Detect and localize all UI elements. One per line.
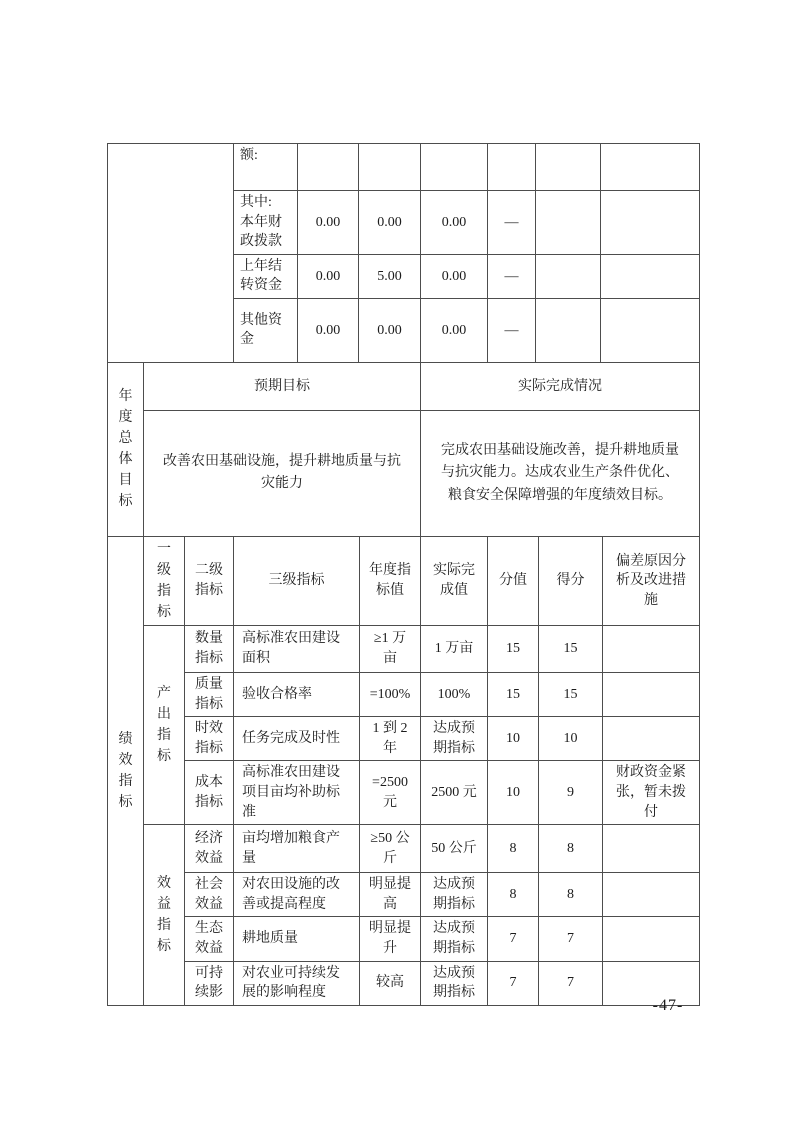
col-header-score: 得分 — [539, 536, 603, 625]
score-cell: 7 — [539, 961, 603, 1005]
table-row: 社会效益 对农田设施的改善或提高程度 明显提高 达成预期指标 8 8 — [108, 873, 700, 917]
target-cell: 较高 — [360, 961, 421, 1005]
col-header-level2: 二级指标 — [185, 536, 234, 625]
target-cell: =2500元 — [360, 761, 421, 825]
score-max-cell: 15 — [488, 672, 539, 716]
level2-cell: 社会效益 — [185, 873, 234, 917]
level2-cell: 成本指标 — [185, 761, 234, 825]
funding-value: 0.00 — [298, 191, 359, 255]
funding-value: 5.00 — [359, 254, 421, 298]
deviation-cell — [603, 917, 700, 961]
score-max-cell: 8 — [488, 873, 539, 917]
actual-cell: 达成预期指标 — [421, 717, 488, 761]
target-cell: 明显提升 — [360, 917, 421, 961]
funding-row-label: 其他资金 — [234, 298, 298, 362]
table-row: 时效指标 任务完成及时性 1 到 2 年 达成预期指标 10 10 — [108, 717, 700, 761]
score-max-cell: 7 — [488, 917, 539, 961]
empty-cell — [601, 144, 700, 191]
table-row: 产出指标 数量指标 高标准农田建设面积 ≥1 万亩 1 万亩 15 15 — [108, 625, 700, 672]
funding-dash: — — [488, 298, 536, 362]
actual-cell: 100% — [421, 672, 488, 716]
target-cell: ≥1 万亩 — [360, 625, 421, 672]
indicators-row-header: 绩效指标 — [108, 536, 144, 1005]
expected-goal-text: 改善农田基础设施，提升耕地质量与抗灾能力 — [162, 451, 402, 496]
actual-cell: 2500 元 — [421, 761, 488, 825]
score-cell: 15 — [539, 625, 603, 672]
funding-table: 额: 其中: 本年财政拨款 0.00 0.00 0.00 — 上年结转资金 0.… — [107, 143, 700, 363]
score-max-cell: 15 — [488, 625, 539, 672]
col-header-score-max: 分值 — [488, 536, 539, 625]
funding-spill-label: 额: — [234, 144, 298, 191]
level2-cell: 生态效益 — [185, 917, 234, 961]
level1-group-output: 产出指标 — [144, 625, 185, 824]
page-number: -47- — [632, 997, 704, 1015]
empty-cell — [359, 144, 421, 191]
funding-value: 0.00 — [298, 254, 359, 298]
deviation-cell — [603, 873, 700, 917]
actual-goal-cell: 完成农田基础设施改善，提升耕地质量与抗灾能力。达成农业生产条件优化、粮食安全保障… — [421, 410, 700, 536]
funding-row-label: 上年结转资金 — [234, 254, 298, 298]
expected-goal-header: 预期目标 — [144, 362, 421, 410]
deviation-cell: 财政资金紧张，暂未拨付 — [603, 761, 700, 825]
table-row: 质量指标 验收合格率 =100% 100% 15 15 — [108, 672, 700, 716]
target-cell: ≥50 公斤 — [360, 825, 421, 873]
table-row: 改善农田基础设施，提升耕地质量与抗灾能力 完成农田基础设施改善，提升耕地质量与抗… — [108, 410, 700, 536]
table-row: 效益指标 经济效益 亩均增加粮食产量 ≥50 公斤 50 公斤 8 8 — [108, 825, 700, 873]
empty-cell — [601, 191, 700, 255]
expected-goal-cell: 改善农田基础设施，提升耕地质量与抗灾能力 — [144, 410, 421, 536]
level2-cell: 时效指标 — [185, 717, 234, 761]
target-cell: 明显提高 — [360, 873, 421, 917]
annual-goal-table: 年度总体目标 预期目标 实际完成情况 改善农田基础设施，提升耕地质量与抗灾能力 … — [107, 362, 700, 537]
deviation-cell — [603, 625, 700, 672]
table-row: 可持续影 对农业可持续发展的影响程度 较高 达成预期指标 7 7 — [108, 961, 700, 1005]
empty-cell — [601, 298, 700, 362]
actual-cell: 达成预期指标 — [421, 961, 488, 1005]
level3-cell: 高标准农田建设面积 — [234, 625, 360, 672]
level3-cell: 耕地质量 — [234, 917, 360, 961]
annual-goal-row-header-text: 年度总体目标 — [119, 386, 133, 512]
score-cell: 8 — [539, 825, 603, 873]
indicators-row-header-text: 绩效指标 — [119, 729, 133, 813]
col-header-level3: 三级指标 — [234, 536, 360, 625]
col-header-deviation: 偏差原因分析及改进措施 — [603, 536, 700, 625]
empty-cell — [298, 144, 359, 191]
table-row: 生态效益 耕地质量 明显提升 达成预期指标 7 7 — [108, 917, 700, 961]
level3-cell: 高标准农田建设项目亩均补助标准 — [234, 761, 360, 825]
level3-cell: 对农业可持续发展的影响程度 — [234, 961, 360, 1005]
level3-cell: 对农田设施的改善或提高程度 — [234, 873, 360, 917]
empty-cell — [421, 144, 488, 191]
score-max-cell: 7 — [488, 961, 539, 1005]
score-max-cell: 10 — [488, 717, 539, 761]
score-cell: 15 — [539, 672, 603, 716]
score-cell: 8 — [539, 873, 603, 917]
col-header-target: 年度指标值 — [360, 536, 421, 625]
actual-cell: 50 公斤 — [421, 825, 488, 873]
score-max-cell: 8 — [488, 825, 539, 873]
actual-goal-text: 完成农田基础设施改善，提升耕地质量与抗灾能力。达成农业生产条件优化、粮食安全保障… — [440, 440, 680, 507]
funding-row-label: 其中: 本年财政拨款 — [234, 191, 298, 255]
deviation-cell — [603, 717, 700, 761]
funding-value: 0.00 — [421, 298, 488, 362]
actual-goal-header: 实际完成情况 — [421, 362, 700, 410]
col-header-level1: 一级指标 — [144, 536, 185, 625]
score-cell: 10 — [539, 717, 603, 761]
level3-cell: 任务完成及时性 — [234, 717, 360, 761]
annual-goal-row-header: 年度总体目标 — [108, 362, 144, 536]
level2-cell: 质量指标 — [185, 672, 234, 716]
level2-cell: 经济效益 — [185, 825, 234, 873]
report-tables: 额: 其中: 本年财政拨款 0.00 0.00 0.00 — 上年结转资金 0.… — [107, 143, 699, 1006]
funding-value: 0.00 — [421, 254, 488, 298]
funding-dash: — — [488, 191, 536, 255]
empty-cell — [536, 298, 601, 362]
target-cell: 1 到 2 年 — [360, 717, 421, 761]
table-row: 年度总体目标 预期目标 实际完成情况 — [108, 362, 700, 410]
actual-cell: 达成预期指标 — [421, 917, 488, 961]
table-row: 额: — [108, 144, 700, 191]
document-page: 额: 其中: 本年财政拨款 0.00 0.00 0.00 — 上年结转资金 0.… — [0, 0, 794, 1122]
level1-group-benefit: 效益指标 — [144, 825, 185, 1006]
actual-cell: 1 万亩 — [421, 625, 488, 672]
funding-value: 0.00 — [421, 191, 488, 255]
deviation-cell — [603, 672, 700, 716]
funding-dash: — — [488, 254, 536, 298]
actual-cell: 达成预期指标 — [421, 873, 488, 917]
empty-cell — [488, 144, 536, 191]
indicators-table: 绩效指标 一级指标 二级指标 三级指标 年度指标值 实际完成值 分值 得分 偏差… — [107, 536, 700, 1006]
table-row: 成本指标 高标准农田建设项目亩均补助标准 =2500元 2500 元 10 9 … — [108, 761, 700, 825]
score-cell: 7 — [539, 917, 603, 961]
empty-cell — [536, 144, 601, 191]
funding-value: 0.00 — [298, 298, 359, 362]
deviation-cell — [603, 825, 700, 873]
level3-cell: 亩均增加粮食产量 — [234, 825, 360, 873]
table-row: 绩效指标 一级指标 二级指标 三级指标 年度指标值 实际完成值 分值 得分 偏差… — [108, 536, 700, 625]
score-cell: 9 — [539, 761, 603, 825]
funding-value: 0.00 — [359, 298, 421, 362]
empty-cell — [536, 191, 601, 255]
funding-left-merged-cell — [108, 144, 234, 363]
target-cell: =100% — [360, 672, 421, 716]
level2-cell: 数量指标 — [185, 625, 234, 672]
score-max-cell: 10 — [488, 761, 539, 825]
empty-cell — [536, 254, 601, 298]
empty-cell — [601, 254, 700, 298]
level3-cell: 验收合格率 — [234, 672, 360, 716]
level2-cell: 可持续影 — [185, 961, 234, 1005]
col-header-actual: 实际完成值 — [421, 536, 488, 625]
funding-value: 0.00 — [359, 191, 421, 255]
